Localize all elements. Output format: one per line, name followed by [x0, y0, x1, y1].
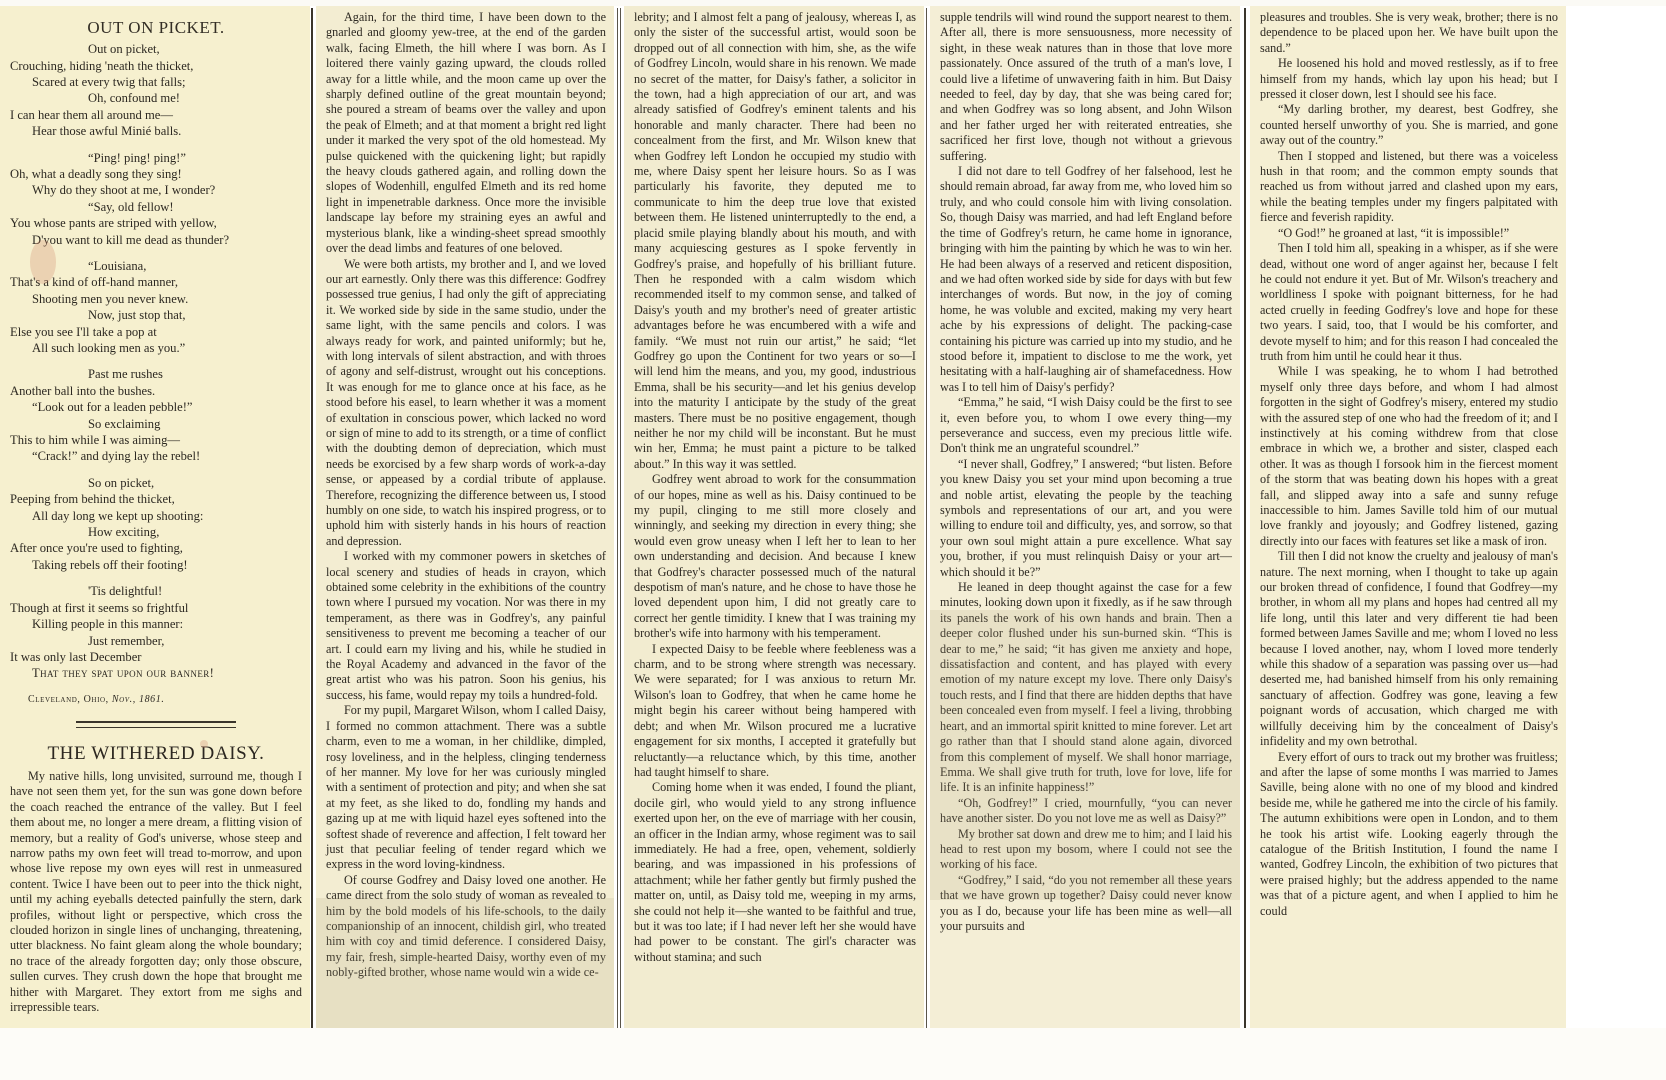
column-rule [620, 8, 621, 1060]
poem-line: Hear those awful Minié balls. [10, 123, 302, 139]
poem-line: Shooting men you never knew. [10, 291, 302, 307]
column-3: lebrity; and I almost felt a pang of jea… [624, 0, 924, 1080]
story-paragraph: Coming home when it was ended, I found t… [634, 780, 916, 965]
poem-line: Scared at every twig that falls; [10, 74, 302, 90]
poem-line: So on picket, [10, 475, 302, 491]
story-column-1: My native hills, long unvisited, surroun… [10, 769, 302, 1016]
story-paragraph: My native hills, long unvisited, surroun… [10, 769, 302, 1016]
poem-line: “Ping! ping! ping!” [10, 150, 302, 166]
poem-line: “Say, old fellow! [10, 199, 302, 215]
foxing-stain [200, 740, 208, 748]
story-paragraph: He loosened his hold and moved restlessl… [1260, 56, 1558, 102]
poem-stanza: “Ping! ping! ping!”Oh, what a deadly son… [10, 150, 302, 248]
column-5: pleasures and troubles. She is very weak… [1250, 0, 1566, 1080]
poem-line: Oh, confound me! [10, 90, 302, 106]
poem-stanza: 'Tis delightful!Though at first it seems… [10, 583, 302, 681]
story-column-3: lebrity; and I almost felt a pang of jea… [634, 10, 916, 965]
story-paragraph: “My darling brother, my dearest, best Go… [1260, 102, 1558, 148]
poem-line: D'you want to kill me dead as thunder? [10, 232, 302, 248]
story-paragraph: lebrity; and I almost felt a pang of jea… [634, 10, 916, 472]
poem-line: How exciting, [10, 524, 302, 540]
column-rule [311, 8, 313, 1060]
story-paragraph: supple tendrils will wind round the supp… [940, 10, 1232, 164]
poem-line: Past me rushes [10, 366, 302, 382]
scan-edge-top [0, 0, 1666, 6]
poem-line: This to him while I was aiming— [10, 432, 302, 448]
story-column-5: pleasures and troubles. She is very weak… [1260, 10, 1558, 919]
poem-line: Taking rebels off their footing! [10, 557, 302, 573]
column-rule [617, 8, 618, 1060]
story-column-2: Again, for the third time, I have been d… [326, 10, 606, 981]
story-paragraph: Godfrey went abroad to work for the cons… [634, 472, 916, 641]
story-paragraph: Then I told him all, speaking in a whisp… [1260, 241, 1558, 364]
poem-line: That's a kind of off-hand manner, [10, 274, 302, 290]
paper-shading [316, 898, 614, 1028]
poem-stanza: So on picket,Peeping from behind the thi… [10, 475, 302, 573]
poem-line: It was only last December [10, 649, 302, 665]
column-4: supple tendrils will wind round the supp… [930, 0, 1240, 1080]
poem-line: Though at first it seems so frightful [10, 600, 302, 616]
story-paragraph: Till then I did not know the cruelty and… [1260, 549, 1558, 749]
poem-line: That they spat upon our banner! [10, 665, 302, 681]
poem-stanza: Out on picket,Crouching, hiding 'neath t… [10, 41, 302, 139]
story-paragraph: I did not dare to tell Godfrey of her fa… [940, 164, 1232, 395]
poem-line: Crouching, hiding 'neath the thicket, [10, 58, 302, 74]
poem-stanza: Past me rushesAnother ball into the bush… [10, 366, 302, 464]
poem-line: All such looking men as you.” [10, 340, 302, 356]
story-paragraph: “Emma,” he said, “I wish Daisy could be … [940, 395, 1232, 457]
dateline-date: Nov., 1861. [112, 694, 165, 705]
paper-shading [930, 610, 1240, 900]
poem-title: OUT ON PICKET. [10, 20, 302, 35]
column-rule [926, 8, 927, 1060]
poem-line: Killing people in this manner: [10, 616, 302, 632]
poem-dateline: Cleveland, Ohio, Nov., 1861. [28, 692, 302, 707]
story-paragraph: Then I stopped and listened, but there w… [1260, 149, 1558, 226]
poem-line: Oh, what a deadly song they sing! [10, 166, 302, 182]
newspaper-clipping: OUT ON PICKET. Out on picket,Crouching, … [0, 0, 1666, 1080]
poem-line: 'Tis delightful! [10, 583, 302, 599]
section-divider [76, 721, 236, 728]
column-rule [1244, 8, 1246, 1060]
poem-line: So exclaiming [10, 416, 302, 432]
poem-line: All day long we kept up shooting: [10, 508, 302, 524]
column-1: OUT ON PICKET. Out on picket,Crouching, … [0, 0, 310, 1080]
poem-line: “Look out for a leaden pebble!” [10, 399, 302, 415]
poem-line: Peeping from behind the thicket, [10, 491, 302, 507]
story-paragraph: “I never shall, Godfrey,” I answered; “b… [940, 457, 1232, 580]
story-paragraph: We were both artists, my brother and I, … [326, 257, 606, 550]
poem-line: Now, just stop that, [10, 307, 302, 323]
story-paragraph: pleasures and troubles. She is very weak… [1260, 10, 1558, 56]
story-paragraph: For my pupil, Margaret Wilson, whom I ca… [326, 703, 606, 872]
poem-line: Out on picket, [10, 41, 302, 57]
foxing-stain [30, 240, 56, 284]
poem-line: After once you're used to fighting, [10, 540, 302, 556]
poem-line: I can hear them all around me— [10, 107, 302, 123]
poem-line: You whose pants are striped with yellow, [10, 215, 302, 231]
poem-line: “Crack!” and dying lay the rebel! [10, 448, 302, 464]
story-paragraph: “O God!” he groaned at last, “it is impo… [1260, 226, 1558, 241]
poem-line: Else you see I'll take a pop at [10, 324, 302, 340]
poem-line: Why do they shoot at me, I wonder? [10, 182, 302, 198]
story-paragraph: I worked with my commoner powers in sket… [326, 549, 606, 703]
story-paragraph: Every effort of ours to track out my bro… [1260, 750, 1558, 919]
scan-edge-bottom [0, 1028, 1666, 1080]
story-paragraph: While I was speaking, he to whom I had b… [1260, 364, 1558, 549]
story-title: THE WITHERED DAISY. [10, 746, 302, 761]
poem-line: Another ball into the bushes. [10, 383, 302, 399]
poem-line: Just remember, [10, 633, 302, 649]
dateline-place: Cleveland, Ohio, [28, 694, 109, 705]
story-paragraph: Again, for the third time, I have been d… [326, 10, 606, 257]
poem-body: Out on picket,Crouching, hiding 'neath t… [10, 41, 302, 682]
story-paragraph: I expected Daisy to be feeble where feeb… [634, 642, 916, 781]
